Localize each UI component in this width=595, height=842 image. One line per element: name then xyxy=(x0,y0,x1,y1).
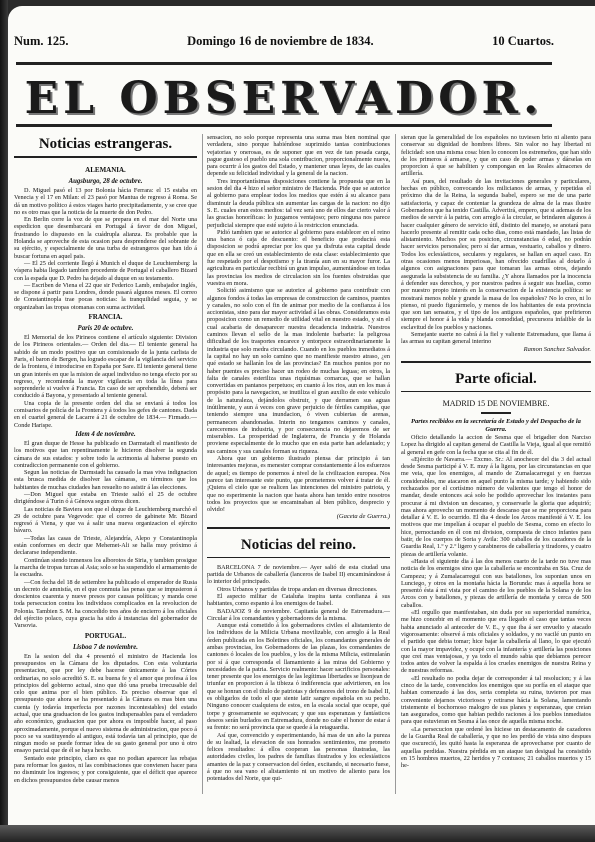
section-title-kingdom-news: Noticias del reino. xyxy=(207,535,390,555)
article-paragraph: Segun las noticias de Darmstadt ha causa… xyxy=(14,469,197,491)
country-heading-alemania: ALEMANIA. xyxy=(14,164,197,176)
place-date-heading: MADRID 15 DE NOVIEMBRE. xyxy=(401,398,591,410)
article-paragraph: D. Miguel pasó el 13 por Bolonia hácia F… xyxy=(14,187,197,216)
article-paragraph: Oficio detallando la accion de Sesma que… xyxy=(401,434,591,456)
article-paragraph: Aunque está cometido á los gobernadores … xyxy=(207,622,390,731)
section-rule xyxy=(207,557,390,558)
column-1: Noticias estrangeras. ALEMANIA. Augsburg… xyxy=(14,134,197,784)
article-paragraph: BADAJOZ 9 de noviembre. Capitanía genera… xyxy=(207,608,390,623)
article-paragraph: —Con fecha del 18 de setiembre ha public… xyxy=(14,579,197,630)
issue-date: Domingo 16 de noviembre de 1834. xyxy=(187,34,374,49)
article-paragraph: Sentado este principio, claro es que no … xyxy=(14,755,197,784)
article-paragraph: En la sesion del dia 4 presentó el minis… xyxy=(14,653,197,755)
article-signature: Ramon Sanchez Salvador. xyxy=(401,346,591,353)
article-paragraph: Así pues, del resultado de las invitacio… xyxy=(401,178,591,331)
article-paragraph: «El orgullo que manifestaban, sin duda p… xyxy=(401,609,591,675)
column-3: sieran que la generalidad de los español… xyxy=(401,134,591,770)
page-left-edge xyxy=(0,0,8,842)
article-paragraph: Las noticias de Baviera son que el duque… xyxy=(14,506,197,535)
article-paragraph: «El resultado no podia dejar de correspo… xyxy=(401,675,591,726)
article-paragraph: «La persecucion que ordené les hiciese u… xyxy=(401,726,591,770)
article-paragraph: BARCELONA 7 de noviembre.— Ayer salió de… xyxy=(207,564,390,586)
dateline: Augsburgo, 28 de octubre. xyxy=(14,176,197,187)
article-paragraph: «Hasta el siguiente dia á las dos menos … xyxy=(401,558,591,609)
column-divider xyxy=(395,134,396,794)
column-divider xyxy=(202,134,203,794)
article-paragraph: — El 25 del corriente llegó á Munich el … xyxy=(14,260,197,282)
country-heading-portugal: PORTUGAL. xyxy=(14,630,197,642)
section-title-foreign-news: Noticias estrangeras. xyxy=(14,134,197,154)
article-paragraph: Solicitó asimismo que se autorice al gob… xyxy=(207,287,390,455)
article-paragraph: Tres importantísimas disposiciones conti… xyxy=(207,178,390,229)
country-heading-francia: FRANCIA. xyxy=(14,311,197,323)
masthead-rule-bottom xyxy=(16,124,552,127)
article-paragraph: «Ejército de Navarra.— Excmo. Sr.: Al an… xyxy=(401,456,591,558)
dateline: Lisboa 7 de noviembre. xyxy=(14,642,197,653)
article-paragraph: Continúan siendo inmensos los alborotos … xyxy=(14,557,197,579)
issue-price: 10 Cuartos. xyxy=(492,34,554,49)
dateline: Idem 4 de noviembre. xyxy=(14,429,197,440)
section-rule xyxy=(14,156,197,158)
article-paragraph: Pidió tambien que se autorice al gobiern… xyxy=(207,229,390,287)
article-paragraph: — Escriben de Viena el 22 que sir Federi… xyxy=(14,282,197,311)
issue-number: Num. 125. xyxy=(14,34,69,49)
column-2: sensacion, no solo porque representa una… xyxy=(207,134,390,783)
article-paragraph: Así que, convencido y esperimentando, há… xyxy=(207,732,390,783)
article-paragraph: Semejante suerte no cabrá á la fiel y va… xyxy=(401,331,591,346)
article-paragraph: En Berlin corre la voz de que se prepara… xyxy=(14,216,197,260)
section-title-official: Parte oficial. xyxy=(401,369,591,389)
article-paragraph: sensacion, no solo porque representa una… xyxy=(207,134,390,178)
official-subtitle: Partes recibidos en la secretaría de Est… xyxy=(401,418,591,434)
section-rule xyxy=(401,391,591,392)
article-paragraph: sieran que la generalidad de los español… xyxy=(401,134,591,178)
article-paragraph: El gran duque de Hesse ha publicado en D… xyxy=(14,440,197,469)
article-paragraph: Una copia de la presente orden del dia s… xyxy=(14,400,197,429)
dateline: Paris 20 de octubre. xyxy=(14,323,197,334)
article-paragraph: —Don Miguel que estaba en Trieste salió … xyxy=(14,491,197,506)
page-bottom-edge xyxy=(0,825,595,842)
short-rule xyxy=(481,412,511,414)
masthead-rule-top xyxy=(16,62,552,65)
article-source: (Gaceta de Guerra.) xyxy=(207,513,390,520)
newspaper-title: EL OBSERVADOR. xyxy=(14,74,554,124)
section-rule xyxy=(207,527,390,529)
masthead-info-line: Num. 125. Domingo 16 de noviembre de 183… xyxy=(14,34,554,49)
article-paragraph: Otros Urbanos y partidas de tropa andan … xyxy=(207,586,390,593)
article-paragraph: —Todas las casas de Trieste, Alejandría,… xyxy=(14,535,197,557)
article-paragraph: Ahora que un gobierno ilustrado piensa d… xyxy=(207,455,390,513)
section-rule xyxy=(401,361,591,363)
newspaper-page: Num. 125. Domingo 16 de noviembre de 183… xyxy=(8,6,595,832)
article-paragraph: El aspecto militar de Cataluña inspira t… xyxy=(207,593,390,608)
article-paragraph: El Memorial de los Pirineos contiene el … xyxy=(14,334,197,400)
